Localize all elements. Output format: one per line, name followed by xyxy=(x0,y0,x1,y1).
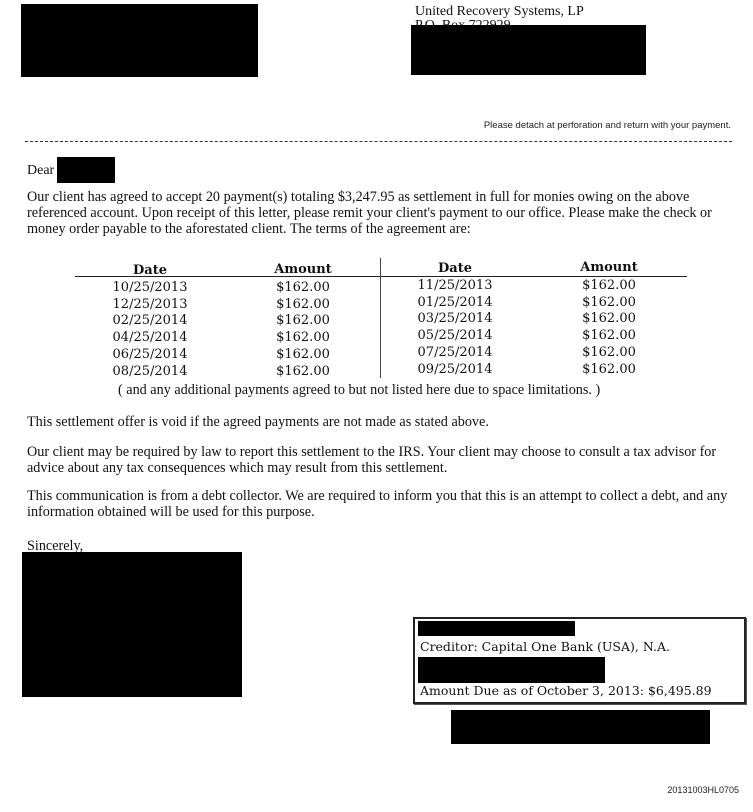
redacted-recipient-address xyxy=(21,4,258,77)
redacted-recipient-name xyxy=(57,157,115,183)
left-payment-date: 06/25/2014 xyxy=(90,347,210,364)
left-payment-date: 08/25/2014 xyxy=(90,364,210,381)
left-payment-amount: $162.00 xyxy=(243,313,363,330)
table-column-divider xyxy=(380,258,381,378)
left-payment-amount: $162.00 xyxy=(243,364,363,381)
left-payment-date: 10/25/2013 xyxy=(90,280,210,297)
left-payment-amount: $162.00 xyxy=(243,280,363,297)
redacted-barcode xyxy=(451,710,710,744)
right-payment-amount: $162.00 xyxy=(549,328,669,345)
creditor-line: Creditor: Capital One Bank (USA), N.A. xyxy=(420,639,670,654)
right-payment-amount: $162.00 xyxy=(549,295,669,312)
right-payment-date: 03/25/2014 xyxy=(395,311,515,328)
amount-due-line: Amount Due as of October 3, 2013: $6,495… xyxy=(420,683,712,698)
right-date-header: Date xyxy=(395,261,515,276)
right-payment-date: 09/25/2014 xyxy=(395,362,515,379)
left-payment-date: 04/25/2014 xyxy=(90,330,210,347)
intro-paragraph: Our client has agreed to accept 20 payme… xyxy=(27,189,737,237)
reference-code: 20131003HL0705 xyxy=(667,785,739,795)
right-payment-date: 07/25/2014 xyxy=(395,345,515,362)
right-amount-header: Amount xyxy=(549,260,669,275)
redacted-signature xyxy=(22,552,242,697)
redacted-account-line-1 xyxy=(418,621,575,636)
redacted-account-line-2 xyxy=(418,657,605,683)
table-note: ( and any additional payments agreed to … xyxy=(118,382,600,399)
left-amount-header: Amount xyxy=(243,262,363,277)
salutation: Dear xyxy=(27,163,54,179)
left-payment-date: 12/25/2013 xyxy=(90,297,210,314)
void-notice: This settlement offer is void if the agr… xyxy=(27,414,737,430)
perforation-line xyxy=(25,141,732,142)
left-payment-date: 02/25/2014 xyxy=(90,313,210,330)
right-payment-date: 05/25/2014 xyxy=(395,328,515,345)
irs-notice: Our client may be required by law to rep… xyxy=(27,444,737,476)
left-payment-amount: $162.00 xyxy=(243,347,363,364)
account-summary-box: Creditor: Capital One Bank (USA), N.A. A… xyxy=(413,617,746,704)
right-payment-amount: $162.00 xyxy=(549,345,669,362)
redacted-sender-address xyxy=(411,25,646,75)
detach-instruction: Please detach at perforation and return … xyxy=(484,120,731,131)
right-payment-amount: $162.00 xyxy=(549,362,669,379)
left-payment-amount: $162.00 xyxy=(243,330,363,347)
right-payment-date: 01/25/2014 xyxy=(395,295,515,312)
table-header-rule xyxy=(75,276,687,277)
debt-collector-notice: This communication is from a debt collec… xyxy=(27,488,737,520)
right-payment-amount: $162.00 xyxy=(549,278,669,295)
right-payment-date: 11/25/2013 xyxy=(395,278,515,295)
left-payment-amount: $162.00 xyxy=(243,297,363,314)
right-payment-amount: $162.00 xyxy=(549,311,669,328)
